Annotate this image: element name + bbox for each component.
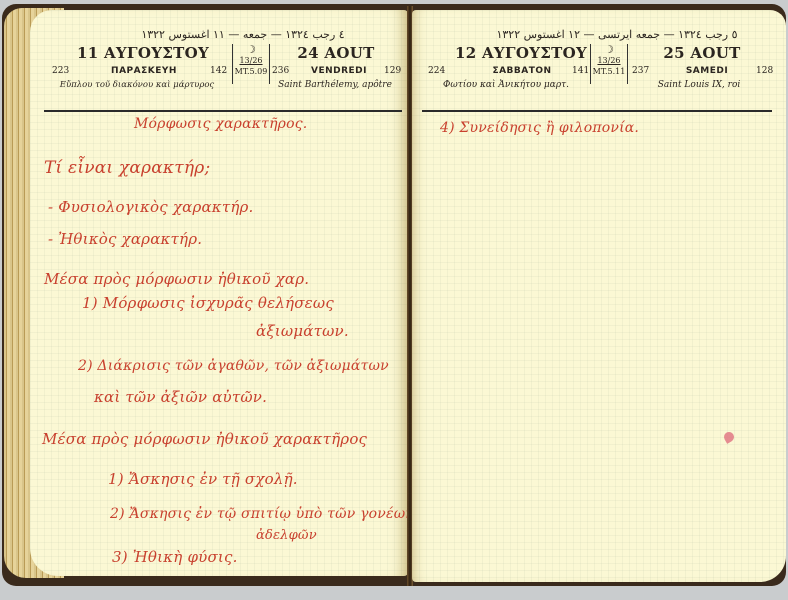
moon-icon: ☽ [233, 44, 269, 55]
moon-fraction: 13/26 [591, 55, 627, 66]
french-date: 25 AOUT [642, 44, 762, 62]
moon-phase-box: ☽ 13/26 MT.5.09 [232, 44, 270, 84]
handwritten-line: ἀξιωμάτων. [256, 322, 349, 340]
handwritten-line: Μέσα πρὸς μόρφωσιν ἠθικοῦ χαρακτῆρος [42, 430, 367, 448]
french-day-number: 236 [272, 66, 289, 76]
greek-saint: Φωτίου καὶ Ἀνικήτου μαρτ. [422, 80, 590, 90]
greek-weekday: ΠΑΡΑΣΚΕΥΗ [84, 66, 204, 76]
handwritten-line: 4) Συνείδησις ἢ φιλοπονία. [440, 120, 639, 136]
handwritten-line: ἀδελφῶν [256, 528, 317, 543]
right-page: ٥ رجب ١٣٢٤ — جمعه ايرتسى — ١٢ اغستوس ١٣٢… [412, 10, 786, 582]
french-days-remaining: 128 [756, 66, 773, 76]
french-days-remaining: 129 [384, 66, 401, 76]
handwritten-line: 3) Ἠθικὴ φύσις. [112, 548, 238, 566]
handwritten-line: - Φυσιολογικὸς χαρακτήρ. [48, 198, 254, 216]
left-page-header: ٤ رجب ١٣٢٤ — جمعه — ١١ اغستوس ١٣٢٢ 11 ΑΥ… [44, 28, 402, 116]
handwritten-line: καὶ τῶν ἀξιῶν αὐτῶν. [94, 388, 267, 406]
moon-phase-box: ☽ 13/26 MT.5.11 [590, 44, 628, 84]
french-date: 24 AOUT [276, 44, 396, 62]
french-weekday: SAMEDI [662, 66, 752, 76]
moon-time: MT.5.09 [233, 66, 269, 77]
greek-date: 11 ΑΥΓΟΥΣΤΟΥ [68, 44, 218, 62]
french-saint: Saint Barthélemy, apôtre [270, 80, 400, 90]
right-page-header: ٥ رجب ١٣٢٤ — جمعه ايرتسى — ١٢ اغستوس ١٣٢… [422, 28, 772, 116]
handwritten-line: 1) Μόρφωσις ἰσχυρᾶς θελήσεως [82, 294, 334, 312]
handwritten-line: Τί εἶναι χαρακτήρ; [44, 158, 210, 178]
header-rule [422, 110, 772, 112]
greek-day-number: 223 [52, 66, 69, 76]
handwritten-line: 1) Ἄσκησις ἐν τῇ σχολῇ. [108, 470, 298, 488]
handwritten-line: Μέσα πρὸς μόρφωσιν ἠθικοῦ χαρ. [44, 270, 309, 288]
french-weekday: VENDREDI [294, 66, 384, 76]
moon-fraction: 13/26 [233, 55, 269, 66]
handwritten-line: 2) Ἄσκησις ἐν τῷ σπιτίῳ ὑπὸ τῶν γονέων [110, 506, 414, 522]
greek-days-remaining: 141 [572, 66, 589, 76]
left-page: ٤ رجب ١٣٢٤ — جمعه — ١١ اغستوس ١٣٢٢ 11 ΑΥ… [30, 10, 408, 576]
greek-days-remaining: 142 [210, 66, 227, 76]
hijri-date-line: ٤ رجب ١٣٢٤ — جمعه — ١١ اغستوس ١٣٢٢ [84, 28, 402, 41]
french-day-number: 237 [632, 66, 649, 76]
handwritten-line: 2) Διάκρισις τῶν ἀγαθῶν, τῶν ἀξιωμάτων [78, 358, 389, 374]
greek-saint: Εὔπλου τοῦ διακόνου καὶ μάρτυρος [44, 80, 230, 90]
handwritten-title: Μόρφωσις χαρακτῆρος. [134, 116, 307, 132]
moon-icon: ☽ [591, 44, 627, 55]
moon-time: MT.5.11 [591, 66, 627, 77]
greek-date: 12 ΑΥΓΟΥΣΤΟΥ [446, 44, 596, 62]
hijri-date-line: ٥ رجب ١٣٢٤ — جمعه ايرتسى — ١٢ اغستوس ١٣٢… [462, 28, 772, 41]
greek-day-number: 224 [428, 66, 445, 76]
header-rule [44, 110, 402, 112]
greek-weekday: ΣΑΒΒΑΤΟΝ [462, 66, 582, 76]
handwritten-line: - Ἠθικὸς χαρακτήρ. [48, 230, 202, 248]
french-saint: Saint Louis IX, roi [634, 80, 764, 90]
